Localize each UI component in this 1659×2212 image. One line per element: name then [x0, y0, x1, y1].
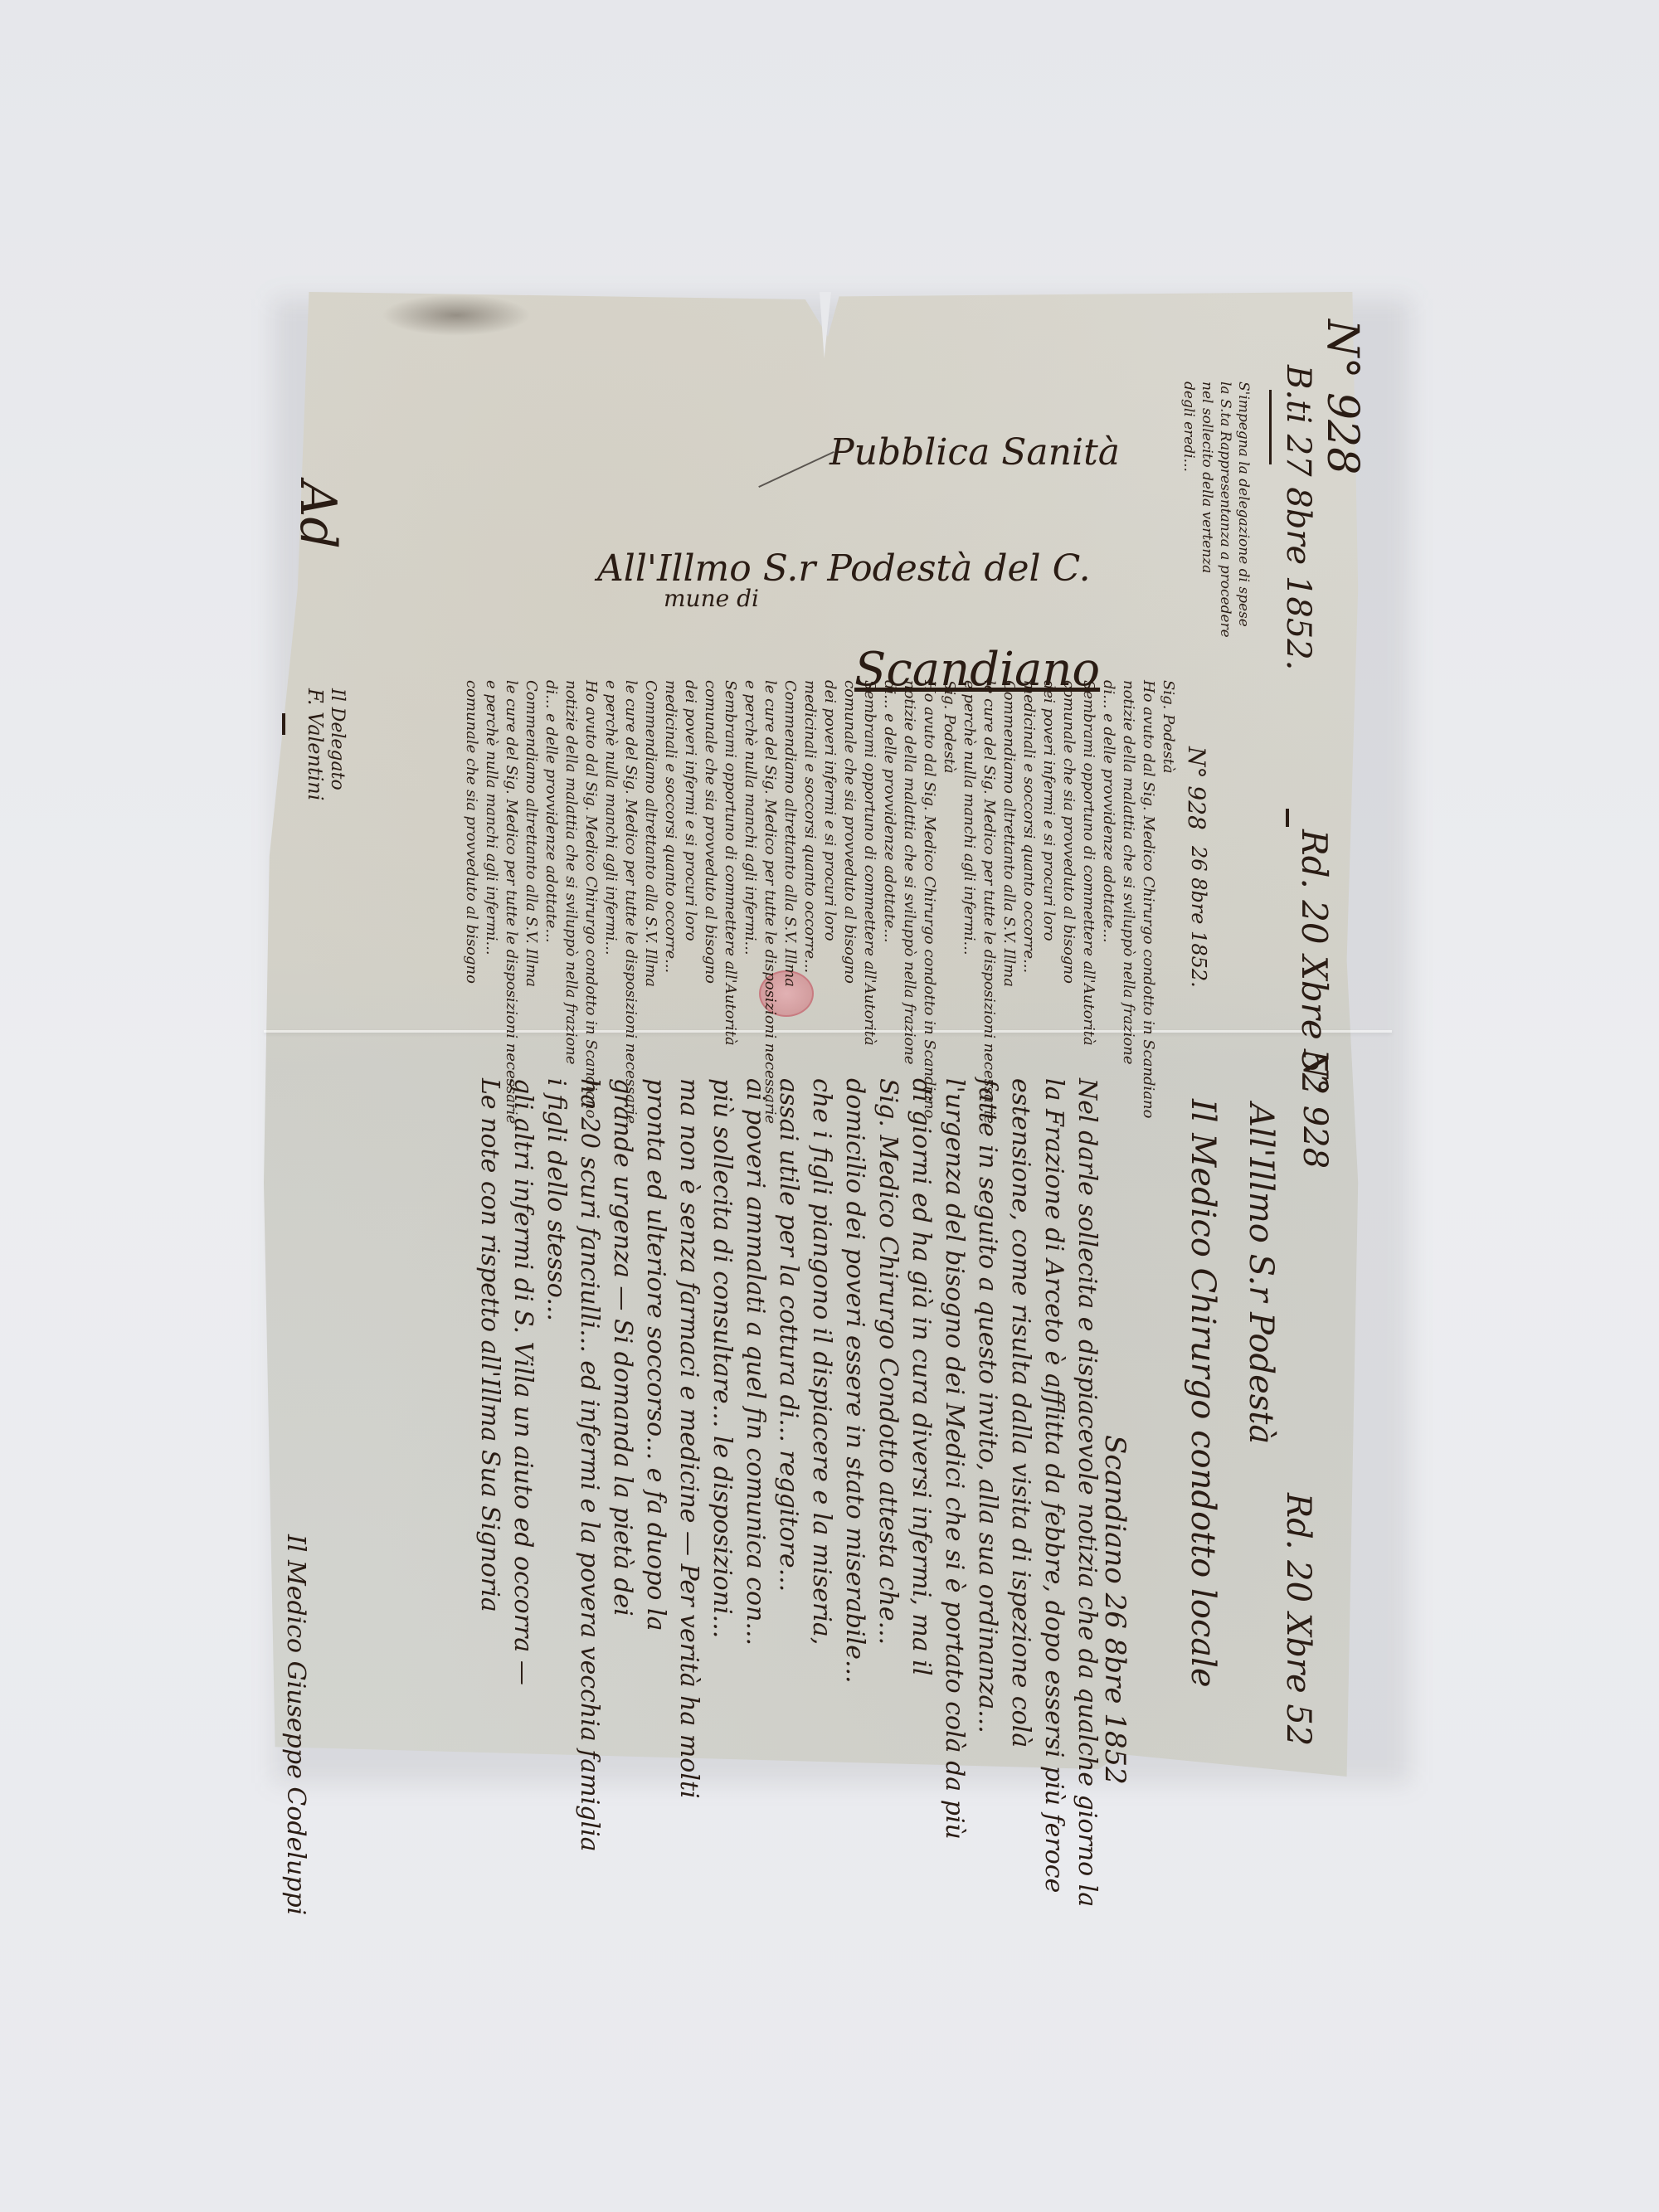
top-date-line: B.ti 27 8bre 1852. [1277, 365, 1319, 670]
body-reference: N° 928 [1182, 746, 1211, 830]
top-protocol-number: N° 928 [1315, 319, 1369, 474]
address-line-1: All'Illmo S.r Podestà del C. [597, 547, 1091, 590]
body-date: 26 8bre 1852. [1186, 846, 1211, 988]
bottom-signature: Il Medico Giuseppe Codeluppi [280, 1534, 312, 1915]
top-subject-note: S'impegna la delegazione di spese la S.t… [1180, 382, 1253, 638]
top-body-text: Sig. Podestà Ho avuto dal Sig. Medico Ch… [461, 680, 1178, 1124]
bottom-protocol-number: N° 928 [1294, 1049, 1335, 1169]
bottom-body-text: Nel darle sollecita e dispiacevole notiz… [473, 1078, 1103, 1907]
bottom-right-margin: Rd. 20 Xbre 52 [1277, 1493, 1319, 1746]
left-monogram: Ad [286, 481, 348, 549]
left-margin-mark [282, 713, 285, 735]
ink-smudge [382, 294, 531, 336]
signature: F. Valentini [303, 688, 328, 800]
recipient-line-1: All'Illmo S.r Podestà [1240, 1103, 1282, 1444]
closing: Il Delegato [326, 688, 349, 790]
address-line-2: mune di [664, 585, 759, 612]
margin-mark [1286, 809, 1289, 827]
recipient-line-2: Il Medico Chirurgo condotto locale [1182, 1099, 1224, 1688]
top-rule [1269, 390, 1272, 464]
stamp-note: Pubblica Sanità [829, 431, 1120, 474]
